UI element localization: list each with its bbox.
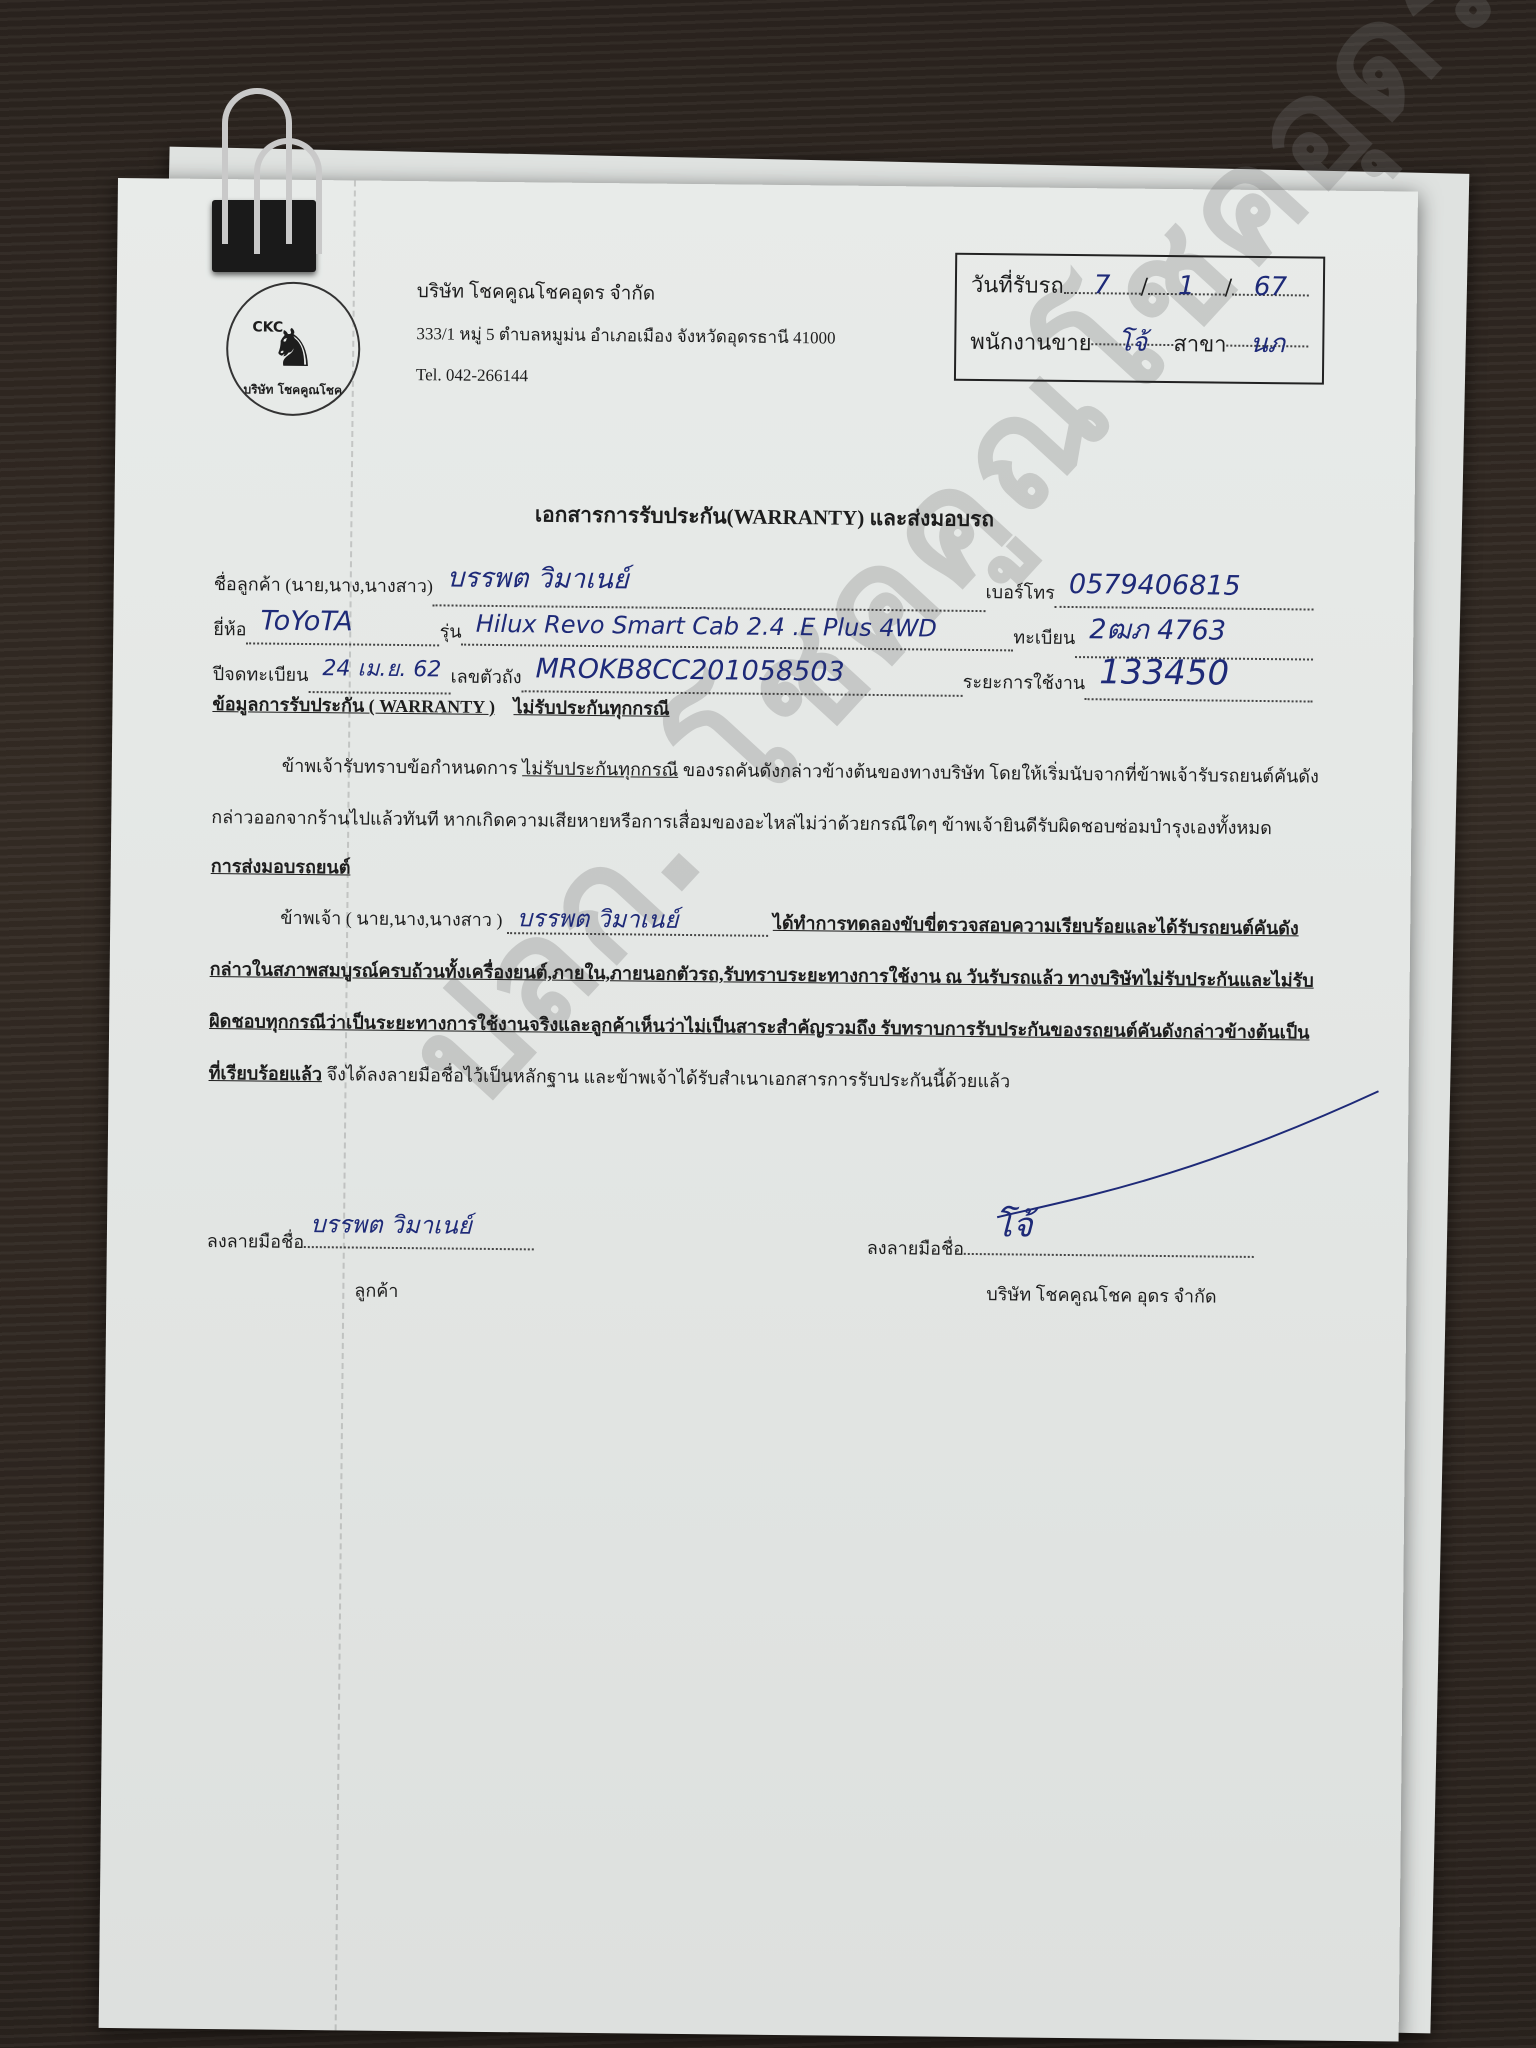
phone-field: 0579406815	[1055, 575, 1314, 611]
logo-text: CKC	[252, 319, 283, 335]
company-caption: บริษัท โชคคูณโชค อุดร จำกัด	[986, 1279, 1217, 1310]
sign-label: ลงลายมือชื่อ	[207, 1226, 305, 1256]
signature-stroke	[987, 1077, 1389, 1231]
date-month: 1	[1148, 271, 1225, 296]
company-name: บริษัท โชคคูณโชคอุดร จำกัด	[417, 276, 836, 310]
customer-signature-row: ลงลายมือชื่อ บรรพต วิมาเนย์	[207, 1219, 535, 1258]
customer-signature: บรรพต วิมาเนย์	[310, 1204, 472, 1245]
chassis-field: MROKB8CC201058503	[521, 659, 963, 697]
logo-ring-text: บริษัท โชคคูณโชค	[243, 380, 342, 400]
reg-year-field: 24 เม.ย. 62	[308, 656, 451, 694]
date-label: วันที่รับรถ	[971, 267, 1064, 303]
receipt-date-box: วันที่รับรถ 7/ 1/ 67 พนักงานขาย โจ้ สาขา…	[954, 253, 1325, 385]
binder-clip-handle	[254, 138, 322, 254]
customer-caption: ลูกค้า	[354, 1276, 398, 1305]
no-warranty-emphasis: ไม่รับประกันทุกกรณี	[522, 758, 678, 780]
salesperson-label: พนักงานขาย	[970, 324, 1092, 360]
delivery-name-field: บรรพต วิมาเนย์	[507, 904, 769, 937]
warranty-document: ปลก. โชคคูณโชคอุดร CKC ♞ บริษัท โชคคูณโช…	[99, 178, 1418, 2042]
branch-value: นภ	[1227, 323, 1309, 348]
reg-year-label: ปีจดทะเบียน	[213, 659, 309, 689]
brand-field: ToYoTA	[246, 611, 440, 646]
brand-label: ยี่ห้อ	[213, 614, 247, 643]
warranty-paragraph: ข้าพเจ้ารับทราบข้อกำหนดการ ไม่รับประกันท…	[211, 739, 1322, 855]
delivery-paragraph: ข้าพเจ้า ( นาย,นาง,นางสาว ) บรรพต วิมาเน…	[208, 889, 1320, 1111]
model-field: Hilux Revo Smart Cab 2.4 .E Plus 4WD	[462, 616, 1014, 652]
customer-name-field: บรรพต วิมาเนย์	[433, 561, 986, 612]
warranty-heading-text: ข้อมูลการรับประกัน ( WARRANTY )	[212, 694, 495, 717]
warranty-heading-note: ไม่รับประกันทุกกรณี	[513, 697, 669, 719]
delivery-terms: ได้ทำการทดลองขับขี่ตรวจสอบความเรียบร้อยแ…	[209, 913, 1314, 1084]
mileage-field: 133450	[1085, 658, 1313, 702]
customer-signature-line: บรรพต วิมาเนย์	[304, 1220, 534, 1250]
warranty-heading: ข้อมูลการรับประกัน ( WARRANTY ) ไม่รับปร…	[212, 689, 683, 723]
sign-label: ลงลายมือชื่อ	[867, 1233, 965, 1263]
title-options: นาย,นาง,นางสาว )	[356, 909, 502, 931]
company-signature-row: ลงลายมือชื่อ โจ้	[867, 1226, 1255, 1266]
salesperson-value: โจ้	[1092, 321, 1174, 346]
chassis-label: เลขตัวถัง	[450, 662, 521, 692]
document-title: เอกสารการรับประกัน(WARRANTY) และส่งมอบรถ	[114, 494, 1414, 541]
company-header: บริษัท โชคคูณโชคอุดร จำกัด 333/1 หมู่ 5 …	[416, 276, 836, 389]
date-year: 67	[1232, 272, 1309, 297]
company-logo: CKC ♞ บริษัท โชคคูณโชค	[226, 281, 361, 416]
customer-label: ชื่อลูกค้า (นาย,นาง,นางสาว)	[214, 569, 433, 600]
mileage-label: ระยะการใช้งาน	[963, 667, 1086, 697]
plate-label: ทะเบียน	[1013, 622, 1075, 652]
branch-label: สาขา	[1173, 326, 1227, 362]
model-label: รุ่น	[440, 616, 462, 645]
company-address: 333/1 หมู่ 5 ตำบลหมูม่น อำเภอเมือง จังหว…	[416, 320, 835, 351]
fold-line	[335, 180, 356, 2030]
company-signature-line: โจ้	[964, 1227, 1254, 1258]
phone-label: เบอร์โทร	[985, 577, 1055, 607]
date-day: 7	[1064, 270, 1141, 295]
delivery-heading: การส่งมอบรถยนต์	[211, 851, 365, 882]
company-tel: Tel. 042-266144	[416, 365, 835, 389]
